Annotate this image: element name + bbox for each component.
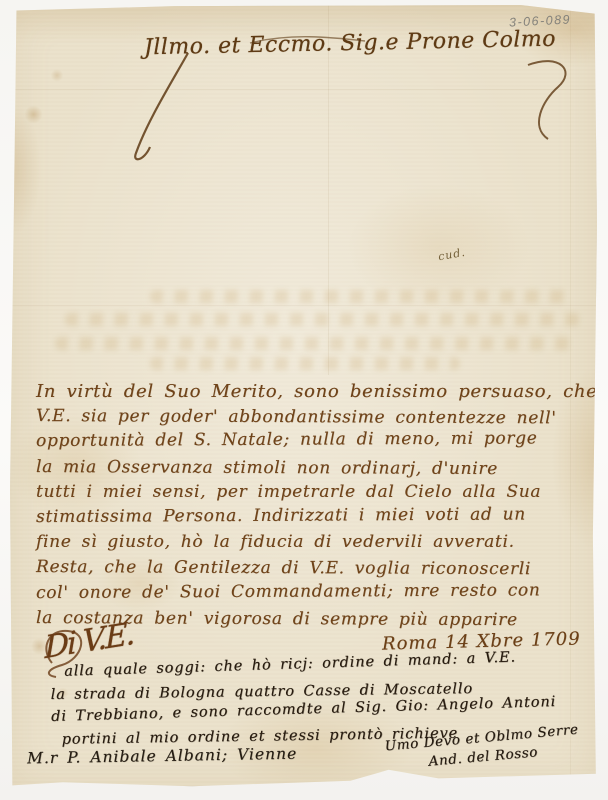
bleedthrough-band [150,357,460,370]
manuscript-paper: 3-06-089 Jllmo. et Eccmo. Sig.e Prone Co… [10,5,597,787]
bleedthrough-band [55,337,580,350]
horizontal-fold-crease-middle [10,305,597,306]
body-line: la mia Osservanza stimoli non ordinarj, … [36,455,588,483]
body-line: fine sì giusto, hò la fiducia di vedervi… [36,530,588,555]
horizontal-fold-crease-top [10,89,597,90]
ink-note: cud. [437,246,467,264]
body-line: In virtù del Suo Merito, sono benissimo … [36,379,588,404]
photo-of-letter: { "document": { "catalog_number": "3-06-… [0,0,608,800]
bleedthrough-band [150,290,570,303]
body-line: opportunità del S. Natale; nulla di meno… [36,427,588,455]
body-line: col' onore de' Suoi Commandamenti; mre r… [36,578,588,606]
letter-body: In virtù del Suo Merito, sono benissimo … [36,379,588,631]
address-line: M.r P. Anibale Albani; Vienne [27,745,298,768]
bleedthrough-band [65,313,580,326]
salutation-line: Jllmo. et Eccmo. Sig.e Prone Colmo [125,26,575,60]
body-line: tutti i miei sensi, per impetrarle dal C… [36,480,588,505]
body-line: stimatissima Persona. Indirizzati i miei… [36,502,588,530]
